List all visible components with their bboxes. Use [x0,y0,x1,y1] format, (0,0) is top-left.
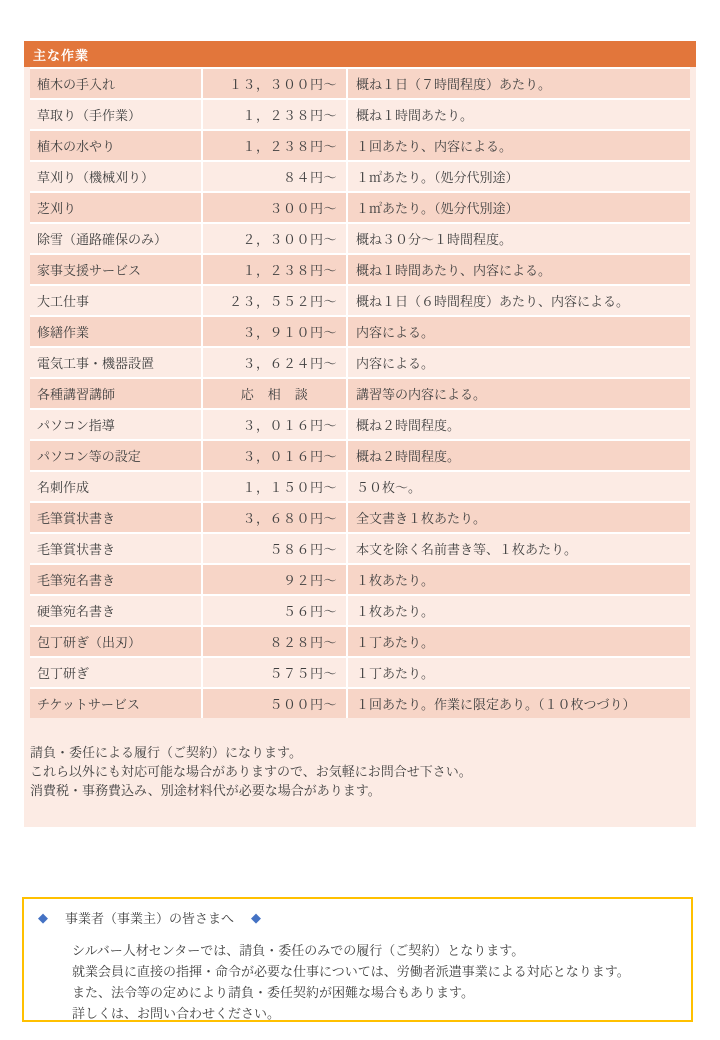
description-cell: 概ね１時間あたり、内容による。 [348,255,690,284]
price-cell: ８４円～ [203,162,346,191]
price-table: 植木の手入れ １３，３００円～ 概ね１日（７時間程度）あたり。 草取り（手作業）… [30,67,690,718]
service-name-cell: 硬筆宛名書き [30,596,201,625]
description-cell: 内容による。 [348,348,690,377]
note-line: 請負・委任による履行（ご契約）になります。 [30,743,690,762]
table-row: 除雪（通路確保のみ） ２，３００円～ 概ね３０分～１時間程度。 [30,224,690,253]
table-row: チケットサービス ５００円～ １回あたり。作業に限定あり。（１０枚つづり） [30,689,690,718]
price-cell: ５８６円～ [203,534,346,563]
service-name-cell: パソコン等の設定 [30,441,201,470]
price-cell: ３，０１６円～ [203,410,346,439]
price-cell: １，２３８円～ [203,100,346,129]
service-name-cell: 除雪（通路確保のみ） [30,224,201,253]
price-cell: ２，３００円～ [203,224,346,253]
description-cell: １枚あたり。 [348,596,690,625]
price-panel: 主な作業 植木の手入れ １３，３００円～ 概ね１日（７時間程度）あたり。 草取り… [24,41,696,827]
service-name-cell: 毛筆賞状書き [30,534,201,563]
table-title: 主な作業 [33,45,89,64]
table-row: 毛筆賞状書き ５８６円～ 本文を除く名前書き等、１枚あたり。 [30,534,690,563]
table-row: パソコン等の設定 ３，０１６円～ 概ね２時間程度。 [30,441,690,470]
service-name-cell: チケットサービス [30,689,201,718]
description-cell: １丁あたり。 [348,658,690,687]
notice-line: また、法令等の定めにより請負・委任契約が困難な場合もあります。 [72,982,691,1003]
price-cell: ３，９１０円～ [203,317,346,346]
note-line: 消費税・事務費込み、別途材料代が必要な場合があります。 [30,781,690,800]
table-row: 芝刈り ３００円～ １㎡あたり。（処分代別途） [30,193,690,222]
service-name-cell: 植木の手入れ [30,69,201,98]
description-cell: 概ね１時間あたり。 [348,100,690,129]
price-cell: ３，０１６円～ [203,441,346,470]
table-row: 硬筆宛名書き ５６円～ １枚あたり。 [30,596,690,625]
service-name-cell: 草取り（手作業） [30,100,201,129]
table-title-bar: 主な作業 [24,41,696,67]
service-name-cell: 包丁研ぎ [30,658,201,687]
description-cell: １㎡あたり。（処分代別途） [348,162,690,191]
notice-line: 就業会員に直接の指揮・命令が必要な仕事については、労働者派遣事業による対応となり… [72,961,691,982]
table-row: 大工仕事 ２３，５５２円～ 概ね１日（６時間程度）あたり、内容による。 [30,286,690,315]
description-cell: ５０枚～。 [348,472,690,501]
table-row: 電気工事・機器設置 ３，６２４円～ 内容による。 [30,348,690,377]
service-name-cell: 包丁研ぎ（出刃） [30,627,201,656]
price-cell: １，２３８円～ [203,255,346,284]
price-cell: １，１５０円～ [203,472,346,501]
description-cell: 内容による。 [348,317,690,346]
price-cell: １３，３００円～ [203,69,346,98]
service-name-cell: 電気工事・機器設置 [30,348,201,377]
price-cell: ３，６８０円～ [203,503,346,532]
description-cell: １㎡あたり。（処分代別途） [348,193,690,222]
business-notice-box: ◆ 事業者（事業主）の皆さまへ ◆ シルバー人材センターでは、請負・委任のみでの… [22,897,693,1022]
description-cell: 概ね１日（７時間程度）あたり。 [348,69,690,98]
service-name-cell: 植木の水やり [30,131,201,160]
service-name-cell: 名刺作成 [30,472,201,501]
description-cell: 講習等の内容による。 [348,379,690,408]
service-name-cell: 毛筆宛名書き [30,565,201,594]
service-name-cell: 修繕作業 [30,317,201,346]
table-row: 草取り（手作業） １，２３８円～ 概ね１時間あたり。 [30,100,690,129]
price-cell: ３００円～ [203,193,346,222]
description-cell: １枚あたり。 [348,565,690,594]
price-cell: ５６円～ [203,596,346,625]
notes-section: 請負・委任による履行（ご契約）になります。これら以外にも対応可能な場合があります… [24,720,696,827]
table-row: パソコン指導 ３，０１６円～ 概ね２時間程度。 [30,410,690,439]
description-cell: 概ね２時間程度。 [348,441,690,470]
table-row: 家事支援サービス １，２３８円～ 概ね１時間あたり、内容による。 [30,255,690,284]
description-cell: 概ね１日（６時間程度）あたり、内容による。 [348,286,690,315]
diamond-icon: ◆ [38,910,48,925]
price-cell: 応 相 談 [203,379,346,408]
service-name-cell: 各種講習講師 [30,379,201,408]
table-row: 草刈り（機械刈り） ８４円～ １㎡あたり。（処分代別途） [30,162,690,191]
table-row: 各種講習講師 応 相 談 講習等の内容による。 [30,379,690,408]
price-cell: ５００円～ [203,689,346,718]
service-name-cell: パソコン指導 [30,410,201,439]
table-row: 名刺作成 １，１５０円～ ５０枚～。 [30,472,690,501]
description-cell: １回あたり。作業に限定あり。（１０枚つづり） [348,689,690,718]
price-cell: ３，６２４円～ [203,348,346,377]
diamond-icon: ◆ [251,910,261,925]
table-row: 包丁研ぎ ５７５円～ １丁あたり。 [30,658,690,687]
service-name-cell: 家事支援サービス [30,255,201,284]
table-row: 毛筆宛名書き ９２円～ １枚あたり。 [30,565,690,594]
price-cell: ９２円～ [203,565,346,594]
price-cell: ２３，５５２円～ [203,286,346,315]
table-row: 毛筆賞状書き ３，６８０円～ 全文書き１枚あたり。 [30,503,690,532]
table-row: 包丁研ぎ（出刃） ８２８円～ １丁あたり。 [30,627,690,656]
notice-line: シルバー人材センターでは、請負・委任のみでの履行（ご契約）となります。 [72,940,691,961]
description-cell: 概ね２時間程度。 [348,410,690,439]
price-cell: １，２３８円～ [203,131,346,160]
notice-line: 詳しくは、お問い合わせください。 [72,1003,691,1024]
description-cell: 全文書き１枚あたり。 [348,503,690,532]
service-name-cell: 毛筆賞状書き [30,503,201,532]
table-row: 植木の手入れ １３，３００円～ 概ね１日（７時間程度）あたり。 [30,69,690,98]
service-name-cell: 大工仕事 [30,286,201,315]
service-name-cell: 草刈り（機械刈り） [30,162,201,191]
note-line: これら以外にも対応可能な場合がありますので、お気軽にお問合せ下さい。 [30,762,690,781]
service-name-cell: 芝刈り [30,193,201,222]
notice-heading: ◆ 事業者（事業主）の皆さまへ ◆ [24,899,691,927]
description-cell: 概ね３０分～１時間程度。 [348,224,690,253]
description-cell: １丁あたり。 [348,627,690,656]
table-row: 植木の水やり １，２３８円～ １回あたり、内容による。 [30,131,690,160]
description-cell: １回あたり、内容による。 [348,131,690,160]
description-cell: 本文を除く名前書き等、１枚あたり。 [348,534,690,563]
notice-title: 事業者（事業主）の皆さまへ [65,908,234,927]
table-row: 修繕作業 ３，９１０円～ 内容による。 [30,317,690,346]
notice-body: シルバー人材センターでは、請負・委任のみでの履行（ご契約）となります。就業会員に… [72,940,691,1024]
price-cell: ５７５円～ [203,658,346,687]
price-cell: ８２８円～ [203,627,346,656]
